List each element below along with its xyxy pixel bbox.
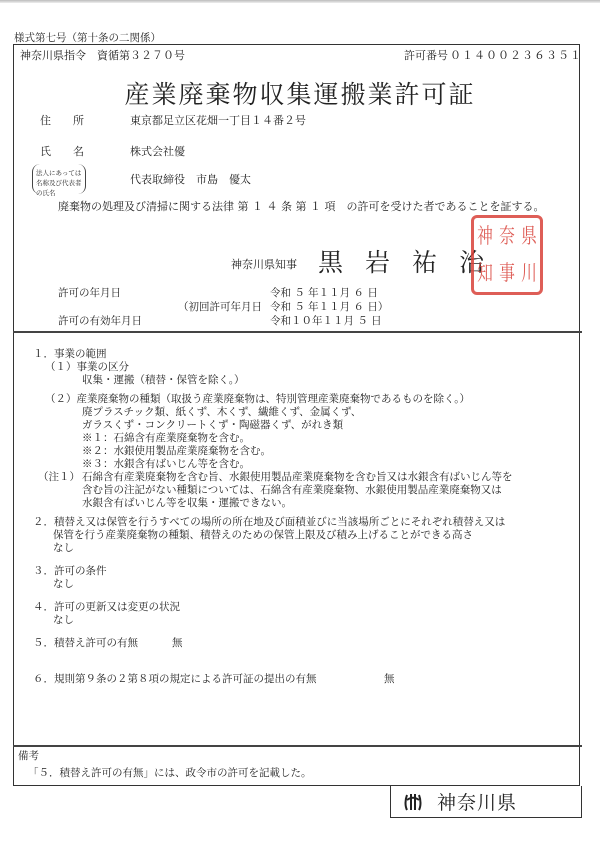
address-value: 東京都足立区花畑一丁目１４番２号 [130, 112, 306, 128]
caution-label: （注１） [38, 471, 80, 485]
representative-name: 代表取締役 市島 優太 [130, 171, 251, 187]
company-name: 株式会社優 [130, 143, 185, 159]
section-6-heading: ６．規則第９条の２第８項の規定による許可証の提出の有無 [33, 673, 317, 687]
waste-types-line-1: 廃プラスチック類、紙くず、木くず、繊維くず、金属くず、 [82, 406, 361, 420]
seal-char: 神 [477, 226, 494, 247]
section-5-heading: ５．積替え許可の有無 [33, 637, 138, 651]
remarks-label: 備考 [18, 748, 39, 763]
waste-types-line-2: ガラスくず・コンクリートくず・陶磁器くず、がれき類 [82, 419, 343, 433]
prefecture-box: 神奈川県 [390, 786, 582, 818]
section-6-value: 無 [384, 673, 395, 687]
first-permit-date: 令和 ５ 年１１月 ６ 日） [270, 299, 388, 314]
remarks-text: 「５．積替え許可の有無」には、政令市の許可を記載した。 [28, 765, 312, 780]
section-1-heading: １．事業の範囲 [33, 348, 107, 362]
caution-line-1: 石綿含有産業廃棄物を含む旨、水銀使用製品産業廃棄物を含む旨又は水銀含有ばいじん等… [82, 471, 513, 485]
section-5-value: 無 [172, 637, 183, 651]
section-1-2-heading: （２）産業廃棄物の種類（取扱う産業廃棄物は、特別管理産業廃棄物であるものを除く。… [45, 393, 470, 407]
directive-number: 神奈川県指令 資循第３２７０号 [20, 47, 185, 63]
section-2-value: なし [53, 542, 74, 556]
seal-char: 知 [477, 263, 494, 284]
seal-char: 奈 [499, 226, 516, 247]
caution-line-3: 水銀含有ばいじん等を収集・運搬できない。 [82, 497, 292, 511]
note-3: ※３：水銀含有ばいじん等を含む。 [82, 458, 250, 472]
section-3-value: なし [53, 578, 74, 592]
official-seal-icon: 神 奈 県 知 事 川 [471, 215, 543, 295]
remarks-divider [13, 745, 582, 747]
section-1-1-heading: （１）事業の区分 [45, 361, 129, 375]
seal-char: 事 [499, 263, 516, 284]
address-label: 住 所 [40, 112, 84, 128]
expiry-label: 許可の有効年月日 [58, 313, 142, 328]
permit-number: ０１４００２３６３５１ [450, 47, 582, 63]
permit-date: 令和 ５ 年１１月 ６ 日 [270, 285, 378, 300]
name-label: 氏 名 [40, 143, 84, 159]
note-2: ※２：水銀使用製品産業廃棄物を含む。 [82, 445, 271, 459]
permit-number-label: 許可番号 [404, 47, 448, 63]
representative-note: 法人にあっては名称及び代表者の氏名 [32, 164, 86, 194]
page-title: 産業廃棄物収集運搬業許可証 [0, 75, 600, 111]
certification-text: 廃棄物の処理及び清掃に関する法律 第 １ ４ 条 第 １ 項 の許可を受けた者で… [58, 198, 544, 214]
section-4-heading: ４．許可の更新又は変更の状況 [33, 601, 180, 615]
section-4-value: なし [53, 614, 74, 628]
section-2-line-2: 保管を行う産業廃棄物の種類、積替えのための保管上限及び積み上げることができる高さ [53, 529, 473, 543]
first-permit-label: （初回許可年月日 [178, 299, 262, 314]
seal-char: 川 [521, 263, 538, 284]
section-2-line-1: ２．積替え又は保管を行うすべての場所の所在地及び面積並びに当該場所ごとにそれぞれ… [33, 516, 505, 530]
section-divider [13, 331, 582, 333]
section-3-heading: ３．許可の条件 [33, 565, 107, 579]
form-number: 様式第七号（第十条の二関係） [14, 30, 161, 45]
prefecture-name: 神奈川県 [437, 788, 517, 815]
section-1-1-value: 収集・運搬（積替・保管を除く。） [82, 374, 245, 388]
expiry-date: 令和１０年１１月 ５ 日 [270, 313, 382, 328]
seal-char: 県 [521, 226, 538, 247]
kanagawa-emblem-icon [403, 792, 423, 812]
note-1: ※１：石綿含有産業廃棄物を含む。 [82, 432, 250, 446]
caution-line-2: 含む旨の注記がない種類については、石綿含有産業廃棄物、水銀使用製品産業廃棄物又は [82, 484, 502, 498]
permit-date-label: 許可の年月日 [58, 285, 121, 300]
governor-title: 神奈川県知事 [231, 256, 297, 272]
scan-edge [0, 0, 600, 3]
